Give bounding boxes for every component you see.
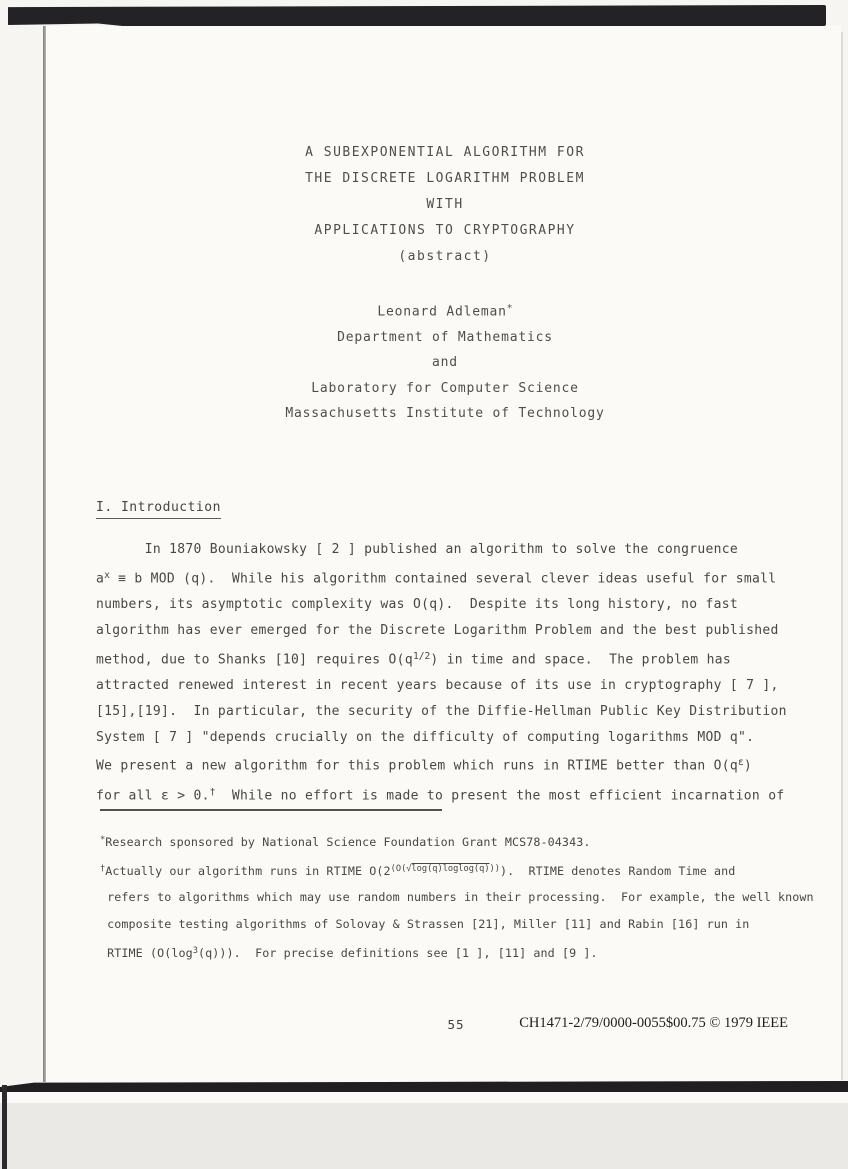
body-line: ax ≡ b MOD (q). While his algorithm cont… — [96, 563, 816, 592]
affiliation-line: Laboratory for Computer Science — [96, 376, 794, 401]
footnote-line: †Actually our algorithm runs in RTIME O(… — [100, 856, 810, 885]
paper-title: A SUBEXPONENTIAL ALGORITHM FORTHE DISCRE… — [96, 140, 794, 270]
title-line: (abstract) — [96, 244, 794, 270]
book-spine-line — [43, 26, 46, 1082]
affiliation-line: Massachusetts Institute of Technology — [96, 401, 794, 426]
body-line: method, due to Shanks [10] requires O(q1… — [96, 644, 816, 673]
body-line: System [ 7 ] "depends crucially on the d… — [96, 725, 816, 751]
body-line: In 1870 Bouniakowsky [ 2 ] published an … — [96, 537, 816, 563]
copyright-notice: CH1471-2/79/0000-0055$00.75 © 1979 IEEE — [486, 1015, 788, 1032]
footnote-rule — [100, 809, 442, 811]
affiliation-line: Department of Mathematics — [96, 325, 794, 350]
body-line: We present a new algorithm for this prob… — [96, 750, 816, 779]
introduction-paragraph: In 1870 Bouniakowsky [ 2 ] published an … — [96, 537, 816, 809]
page-number: 55 — [436, 1017, 476, 1032]
title-line: WITH — [96, 192, 794, 218]
scan-bottom-left-line — [2, 1085, 7, 1169]
author-name: Leonard Adleman* — [96, 296, 794, 325]
section-heading: I. Introduction — [96, 500, 221, 519]
footnote-line: RTIME (O(log3(q))). For precise definiti… — [100, 938, 810, 967]
footnote-line: *Research sponsored by National Science … — [100, 827, 810, 856]
affiliation-line: and — [96, 350, 794, 375]
page-right-edge-line — [841, 32, 843, 1080]
body-line: [15],[19]. In particular, the security o… — [96, 699, 816, 725]
scan-bottom-gap — [0, 1092, 848, 1103]
body-line: attracted renewed interest in recent yea… — [96, 673, 816, 699]
scan-bottom-edge-bar — [0, 1081, 848, 1092]
author-block: Leonard Adleman* Department of Mathemati… — [96, 296, 794, 426]
body-line: for all ε > 0.† While no effort is made … — [96, 780, 816, 809]
title-line: A SUBEXPONENTIAL ALGORITHM FOR — [96, 140, 794, 166]
author-affiliations: Department of MathematicsandLaboratory f… — [96, 325, 794, 427]
footnote-line: composite testing algorithms of Solovay … — [100, 911, 810, 938]
footnotes: *Research sponsored by National Science … — [100, 827, 810, 966]
footnote-line: refers to algorithms which may use rando… — [100, 884, 810, 911]
title-line: APPLICATIONS TO CRYPTOGRAPHY — [96, 218, 794, 244]
title-line: THE DISCRETE LOGARITHM PROBLEM — [96, 166, 794, 192]
body-line: numbers, its asymptotic complexity was O… — [96, 592, 816, 618]
next-page-edge-strip — [0, 1103, 848, 1169]
scanned-paper-page: A SUBEXPONENTIAL ALGORITHM FORTHE DISCRE… — [0, 0, 848, 1169]
scan-top-edge-bar — [8, 5, 826, 26]
body-line: algorithm has ever emerged for the Discr… — [96, 618, 816, 644]
